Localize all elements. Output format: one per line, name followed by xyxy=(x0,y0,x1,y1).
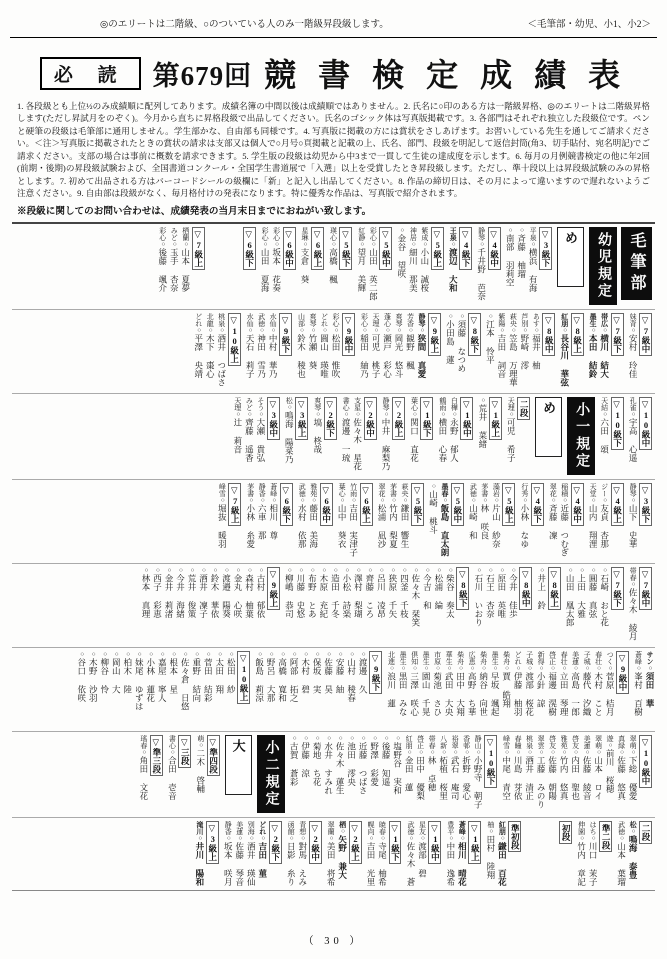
name-entry: ○南部 羽莉空 xyxy=(503,227,515,292)
promotion-mark: ○ xyxy=(538,749,545,756)
name-entry: 静琴○千井野 芭奈 xyxy=(474,227,486,301)
promotion-mark: ○ xyxy=(197,835,204,842)
student-name: 横川 結大 xyxy=(600,334,610,378)
style-name: 青想 xyxy=(299,821,307,835)
style-name: 蒼峰 xyxy=(635,651,643,665)
promotion-mark: ○ xyxy=(246,411,253,418)
student-name: 相川 晴花 xyxy=(457,842,467,886)
rank-label: ▽10級中 xyxy=(639,735,652,788)
name-group: 爽琴○塙 柊哉 xyxy=(310,397,322,454)
name-entry: ○柴谷 奏太 xyxy=(443,567,455,627)
name-group: ○今井 佳歩○原田 英唯○石王 杏奈○石川 いおり xyxy=(471,567,517,627)
student-name: 川口 茉子 xyxy=(588,842,598,886)
name-entry: 白樺○永野 郁人 xyxy=(447,397,459,462)
promotion-mark: ○ xyxy=(288,835,295,842)
style-name: 蒼峰 xyxy=(458,821,466,835)
name-entry: 紅朋○金田 蓮 xyxy=(402,735,414,809)
style-name: 柴舟 xyxy=(503,651,511,665)
style-name: 八新 xyxy=(440,735,448,749)
name-group: 稲積○近藤 つむぎ翠花○斉藤 凜 xyxy=(546,483,569,557)
student-name: 小林 なゆ xyxy=(520,504,530,548)
name-entry: 紫成○小山 誠桜 xyxy=(417,227,429,292)
promotion-mark: ○ xyxy=(291,651,298,658)
name-entry: 瑤春○角田 文花 xyxy=(136,735,148,800)
rank-label: ▽7級中 xyxy=(639,313,652,356)
promotion-mark: ○ xyxy=(270,327,277,334)
style-name: 彩心 xyxy=(159,227,167,241)
student-name: 須田 華 xyxy=(645,672,655,708)
rank-label: ▽7級上 xyxy=(228,483,241,526)
promotion-mark: ○ xyxy=(315,411,322,418)
name-entry: 美蓮○高島 一郎 xyxy=(568,651,580,716)
name-entry: ○飯島 莉涼 xyxy=(252,651,264,702)
promotion-mark: ○ xyxy=(332,567,339,574)
promotion-mark: ○ xyxy=(286,567,293,574)
style-name: 静香 xyxy=(224,821,232,835)
student-name: 酒井 つばさ xyxy=(217,334,227,387)
promotion-mark: ○ xyxy=(141,749,148,756)
rank-label: ▽7級下 xyxy=(611,313,624,356)
promotion-mark: ○ xyxy=(636,665,643,672)
name-group: 星琳○支倉 葵 xyxy=(298,227,310,284)
name-entry: ○西子 彩恵 xyxy=(150,567,162,618)
name-entry: ○江本 怜平 xyxy=(483,313,495,387)
name-entry: 香邨○折野 愛心 xyxy=(459,735,471,809)
name-entry: 竹雨○吉田 実津子 xyxy=(346,483,358,557)
student-name: 寺尾 柚希 xyxy=(378,842,388,886)
name-entry: 墨生○本田 結鈴 xyxy=(586,313,598,378)
student-name: 菅原 桔月 xyxy=(605,672,615,716)
style-name: 孔雀 xyxy=(629,397,637,411)
style-name: 稲積 xyxy=(561,483,569,497)
name-entry: みど○齊藤 遥香 xyxy=(242,397,254,462)
style-name: 墨生 xyxy=(422,651,430,665)
promotion-mark: ○ xyxy=(487,313,494,320)
promotion-mark: ○ xyxy=(303,735,310,742)
style-name: 帯春 xyxy=(428,735,436,749)
promotion-mark: ○ xyxy=(177,567,184,574)
style-name: 爽琴 xyxy=(309,313,317,327)
name-entry: ○佐々木 栞笑 xyxy=(408,567,420,627)
name-entry: ○佐々倉 日悠 xyxy=(178,651,190,711)
style-name: 翠蘭 xyxy=(327,821,335,835)
style-name: 美蓮 xyxy=(572,651,580,665)
student-name: 井上 鈴 xyxy=(537,574,547,610)
name-entry: 峰雪○中尾 青空 xyxy=(499,735,511,809)
style-name: 啓正 xyxy=(549,651,557,665)
name-group: 帯広○横川 結大墨生○本田 結鈴 xyxy=(586,313,609,378)
name-entry: 蒼峰○相川 尊 xyxy=(266,483,278,548)
name-group: 紅朋○鎌田 百花柚○田村 陸翔 xyxy=(483,821,506,886)
name-entry: ○菊地 ち花 xyxy=(310,735,322,809)
name-entry: ○小松 詩楽 xyxy=(339,567,351,627)
name-entry: 北進○浪川 蓮 xyxy=(384,651,396,716)
promotion-mark: ○ xyxy=(476,567,483,574)
name-entry: ○須藤 なつめ xyxy=(454,313,466,373)
style-name: 暁春 xyxy=(379,821,387,835)
name-entry: 静山○小野寺 朝子 xyxy=(471,735,483,809)
promotion-mark: ○ xyxy=(602,327,609,334)
name-entry: 彩心○稲田 紬乃 xyxy=(357,313,369,378)
style-name: 函館 xyxy=(287,821,295,835)
name-group: 王泉○渡辺 大和 xyxy=(446,227,458,292)
name-group: 紫成○小山 誠桜神居○細川 那美○金谷 望咲 xyxy=(394,227,429,292)
promotion-mark: ○ xyxy=(441,749,448,756)
promotion-mark: ○ xyxy=(370,241,377,248)
promotion-mark: ○ xyxy=(260,835,267,842)
name-entry: ○金井 莉渚 xyxy=(161,567,173,618)
promotion-mark: ○ xyxy=(406,749,413,756)
style-name: 峰雪 xyxy=(218,483,226,497)
promotion-mark: ○ xyxy=(326,651,333,658)
student-name: 支倉 葵 xyxy=(300,248,310,284)
promotion-mark: ○ xyxy=(647,665,654,672)
name-group: そう○大瀬 貴弘みど○齊藤 遥香天理○辻 莉音 xyxy=(230,397,265,462)
name-entry: 柴舟○田中 大翔 xyxy=(453,651,465,716)
name-group: 葉心○関口 直花 xyxy=(407,397,419,462)
style-name: 行秀 xyxy=(521,483,529,497)
promotion-mark: ○ xyxy=(482,497,489,504)
promotion-mark: ○ xyxy=(102,651,109,658)
page-title: 競 書 検 定 成 績 表 xyxy=(264,50,627,96)
name-entry: 栖○矢野 兼大 xyxy=(335,821,347,886)
promotion-mark: ○ xyxy=(355,567,362,574)
promotion-mark: ○ xyxy=(607,665,614,672)
promotion-mark: ○ xyxy=(630,497,637,504)
student-name: 友貞 杏那 xyxy=(600,504,610,548)
subject-box: め xyxy=(557,227,584,287)
style-name: 柴舟 xyxy=(457,651,465,665)
name-group: 水仙○中村 華乃武徳○神田 雪乃水仙○天石 莉子 xyxy=(243,313,278,378)
style-name: 倶知 xyxy=(411,651,419,665)
style-name: 蓬心 xyxy=(383,313,391,327)
name-entry: そう○大瀬 貴弘 xyxy=(253,397,265,462)
style-name: 新得 xyxy=(537,651,545,665)
student-name: 今井 佳歩 xyxy=(508,574,518,618)
promotion-mark: ○ xyxy=(430,483,437,490)
promotion-mark: ○ xyxy=(219,497,226,504)
style-name: 武徳 xyxy=(469,483,477,497)
name-group: 静琴○狭間 真愛芳香○観野 楓爽琴○岡光 悠斗蓬心○瀬戸 彩心天理○可児 桃子彩… xyxy=(357,313,426,378)
promotion-mark: ○ xyxy=(330,241,337,248)
style-name: 茅書 xyxy=(390,483,398,497)
style-name: 彩心 xyxy=(273,227,281,241)
name-entry: 鶴雨○横田 心春 xyxy=(435,397,447,462)
name-group: 墨春○飯島 直太朗○山崎 桃斗 xyxy=(426,483,449,557)
promotion-mark: ○ xyxy=(291,735,298,742)
promotion-mark: ○ xyxy=(360,651,367,658)
rank-label: ▽1級上 xyxy=(468,821,481,864)
promotion-mark: ○ xyxy=(268,651,275,658)
promotion-mark: ○ xyxy=(248,835,255,842)
style-name: 支星 xyxy=(354,397,362,411)
name-entry: ○高橋 寛和 xyxy=(275,651,287,702)
style-name: 静山 xyxy=(474,735,482,749)
name-entry: 茅書○竹内 梨夏 xyxy=(386,483,398,548)
style-name: 翠花 xyxy=(549,483,557,497)
promotion-mark: ○ xyxy=(419,327,426,334)
name-entry: ○山村 稜春 xyxy=(344,651,356,702)
name-group: サン○須田 華蒼峰○峯村 百樹 xyxy=(631,651,654,716)
promotion-mark: ○ xyxy=(396,327,403,334)
name-group: 藻岩○片山 紗奈茅書○林 咲良武徳○山崎 和 xyxy=(466,483,501,548)
name-entry: 芳香○観野 楓 xyxy=(403,313,415,378)
promotion-mark: ○ xyxy=(302,241,309,248)
promotion-mark: ○ xyxy=(247,327,254,334)
promotion-mark: ○ xyxy=(607,742,614,749)
promotion-mark: ○ xyxy=(550,497,557,504)
style-name: 広恵 xyxy=(468,651,476,665)
promotion-mark: ○ xyxy=(351,497,358,504)
promotion-mark: ○ xyxy=(562,497,569,504)
name-entry: 柴舟○納谷 向世 xyxy=(476,651,488,716)
style-name: 山部 xyxy=(298,313,306,327)
promotion-mark: ○ xyxy=(367,567,374,574)
student-name: 荒井 菜緒 xyxy=(478,404,488,448)
promotion-mark: ○ xyxy=(198,742,205,749)
promotion-mark: ○ xyxy=(314,651,321,658)
style-name: 萩央 xyxy=(509,313,517,327)
promotion-mark: ○ xyxy=(550,749,557,756)
promotion-mark: ○ xyxy=(171,651,178,658)
promotion-mark: ○ xyxy=(257,651,264,658)
name-entry: ○柳嶋 恭司 xyxy=(282,567,294,627)
style-name: 水仙 xyxy=(246,313,254,327)
student-name: 山田 英二郎 xyxy=(368,248,378,301)
rank-label: ▽6級中 xyxy=(320,483,333,526)
style-name: 爽琴 xyxy=(314,397,322,411)
rank-label: ▽8級下 xyxy=(456,567,469,610)
student-name: 吉田 菫 xyxy=(258,842,268,878)
name-entry: ○鈴木 華依 xyxy=(207,567,219,618)
promotion-mark: ○ xyxy=(258,411,265,418)
name-entry: 茅書○林 咲良 xyxy=(477,483,489,548)
name-group: 天結○六田 頌 xyxy=(597,397,609,454)
style-name: 水仙 xyxy=(269,313,277,327)
name-entry: 紫陽○吉田 詞音 xyxy=(494,313,506,387)
name-entry: 平泉○横浜 有海 xyxy=(526,227,538,292)
student-name: 坂本 花奏 xyxy=(272,248,282,292)
style-name: 武徳 xyxy=(258,313,266,327)
promotion-mark: ○ xyxy=(143,567,150,574)
name-entry: ○荒井 俊策 xyxy=(184,567,196,618)
name-entry: 行秀○小林 なゆ xyxy=(517,483,529,548)
promotion-mark: ○ xyxy=(333,327,340,334)
style-name: 紅静 xyxy=(358,227,366,241)
style-name: 松 xyxy=(285,397,293,404)
name-entry: 青想○對馬 えみ xyxy=(295,821,307,886)
style-name: 天結 xyxy=(601,397,609,411)
style-name: はち xyxy=(589,821,597,835)
promotion-mark: ○ xyxy=(235,567,242,574)
rank-label: ▽6級中 xyxy=(283,227,296,270)
name-entry: 水仙○中村 華乃 xyxy=(266,313,278,378)
name-group: 峰雪○堀抜 暖羽 xyxy=(215,483,227,548)
subject-box: 大 xyxy=(225,735,252,795)
rank-label: 準二段 xyxy=(599,821,612,853)
rank-label: ▽10級中 xyxy=(639,397,652,450)
name-entry: 爽琴○岡光 悠斗 xyxy=(391,313,403,378)
student-name: 安村 玲佳 xyxy=(628,334,638,378)
top-notice: ◎のエリートは二階級、○のついている人のみ一階級昇段級します。 ＜毛筆部・幼児、… xyxy=(0,0,667,35)
style-name: 市原 xyxy=(434,651,442,665)
student-name: 近藤 つむぎ xyxy=(560,504,570,557)
promotion-mark: ○ xyxy=(448,835,455,842)
name-entry: 美蓮○佐藤 琴音 xyxy=(232,821,244,886)
name-group: 帯春○佐々木 綾月 xyxy=(626,567,638,641)
rank-label: ▽8級上 xyxy=(571,313,584,356)
promotion-mark: ○ xyxy=(510,327,517,334)
name-entry: 別海○酒井 瑛仙 xyxy=(244,821,256,886)
student-name: 渡部 碧 xyxy=(417,842,427,878)
rank-label: ▽9級上 xyxy=(428,313,441,356)
promotion-mark: ○ xyxy=(447,313,454,320)
name-group: ○古村 郁依○森村 柚葉○金丸 心咲○渡邉 陽葵○鈴木 華依○酒井 凜子○荒井 … xyxy=(138,567,265,618)
rank-label: ▽1級中 xyxy=(460,397,473,440)
promotion-mark: ○ xyxy=(148,651,155,658)
style-name: 瑤春 xyxy=(140,735,148,749)
promotion-mark: ○ xyxy=(561,749,568,756)
promotion-mark: ○ xyxy=(79,651,86,658)
name-entry: 星友○渡部 碧 xyxy=(415,821,427,886)
student-name: 飯島 直太朗 xyxy=(440,504,450,557)
name-group: 瑤春○角田 文花 xyxy=(136,735,148,800)
name-entry: 彩心○後藤 颯介 xyxy=(155,227,167,292)
student-name: 柴谷 奏太 xyxy=(445,574,455,618)
name-entry: ○妹尾 ゆずは xyxy=(132,651,144,711)
rank-label: ▽7級中 xyxy=(639,567,652,610)
rank-label: ▽準三段 xyxy=(150,735,163,777)
rank-label: ▽4級下 xyxy=(459,227,472,270)
name-entry: ○柏木 陸 xyxy=(120,651,132,711)
style-name: 春壮 xyxy=(595,651,603,665)
subject-box: め xyxy=(535,397,562,457)
name-group: 行秀○小林 なゆ xyxy=(517,483,529,548)
student-name: 山下 史華 xyxy=(628,504,638,548)
style-name: 天理 xyxy=(507,397,515,411)
promotion-mark: ○ xyxy=(196,327,203,334)
style-name: 静琴 xyxy=(629,483,637,497)
promotion-mark: ○ xyxy=(596,749,603,756)
promotion-mark: ○ xyxy=(159,651,166,658)
promotion-mark: ○ xyxy=(299,497,306,504)
promotion-mark: ○ xyxy=(590,567,597,574)
style-name: 紫成 xyxy=(421,227,429,241)
promotion-mark: ○ xyxy=(440,411,447,418)
name-group: ○荒井 菜緒 xyxy=(475,397,487,448)
empty-slot xyxy=(523,821,557,831)
promotion-mark: ○ xyxy=(408,835,415,842)
promotion-mark: ○ xyxy=(212,567,219,574)
promotion-mark: ○ xyxy=(424,567,431,574)
promotion-mark: ○ xyxy=(464,749,471,756)
style-name: 雅苑 xyxy=(560,735,568,749)
page: ◎のエリートは二階級、○のついている人のみ一階級昇段級します。 ＜毛筆部・幼児、… xyxy=(0,0,667,959)
style-name: 香邨 xyxy=(463,735,471,749)
rank-label: ▽1級上 xyxy=(489,397,502,440)
name-entry: 蒼峰○相川 晴花 xyxy=(455,821,467,886)
style-name: 彩心 xyxy=(261,227,269,241)
student-name: 横浜 有海 xyxy=(528,248,538,292)
promotion-mark: ○ xyxy=(452,749,459,756)
style-name: 紅朋 xyxy=(405,735,413,749)
name-group: 平泉○横浜 有海○斉藤 柚瑠○南部 羽莉空 xyxy=(503,227,538,292)
name-entry: ○池田 澪央 xyxy=(344,735,356,809)
style-name: 栖蘭 xyxy=(182,227,190,241)
name-entry: 天理○辻 莉音 xyxy=(230,397,242,462)
promotion-mark: ○ xyxy=(539,567,546,574)
style-name: 静琴 xyxy=(478,227,486,241)
promotion-mark: ○ xyxy=(340,828,347,835)
name-entry: 北龍○木下 棗心 xyxy=(203,313,215,387)
name-entry: 墨春○飯島 直太朗 xyxy=(437,483,449,557)
style-name: 松 xyxy=(629,821,637,828)
page-number: （ 30 ） xyxy=(0,933,667,948)
promotion-mark: ○ xyxy=(459,835,466,842)
rank-label: ▽準四段 xyxy=(207,735,220,777)
style-name: 啓友 xyxy=(572,735,580,749)
name-entry: ○岡山 大 xyxy=(109,651,121,711)
promotion-mark: ○ xyxy=(596,665,603,672)
promotion-mark: ○ xyxy=(171,241,178,248)
promotion-mark: ○ xyxy=(423,665,430,672)
name-entry: 蓬心○瀬戸 彩心 xyxy=(380,313,392,378)
promotion-mark: ○ xyxy=(481,665,488,672)
name-group: 書心○合田 壱音 xyxy=(165,735,177,800)
name-entry: 静琴○狭間 真愛 xyxy=(414,313,426,378)
name-entry: 翠雲○工藤 みのり xyxy=(534,735,546,809)
section-header: 小一規定 xyxy=(567,397,595,475)
style-name: 天堂 xyxy=(589,483,597,497)
name-group: 青想○對馬 えみ函館○日影 糸り xyxy=(284,821,307,886)
promotion-mark: ○ xyxy=(590,327,597,334)
name-entry: 静香○坂本 咲月 xyxy=(221,821,233,886)
rank-label: ▽1級下 xyxy=(389,821,402,864)
name-group: 松○鳴海 陽菜乃 xyxy=(282,397,294,464)
promotion-mark: ○ xyxy=(480,397,487,404)
top-notice-right: ＜毛筆部・幼児、小1、小2＞ xyxy=(527,16,651,30)
promotion-mark: ○ xyxy=(344,567,351,574)
promotion-mark: ○ xyxy=(125,651,132,658)
promotion-mark: ○ xyxy=(217,651,224,658)
student-name: 狭間 真愛 xyxy=(417,334,427,378)
promotion-mark: ○ xyxy=(479,241,486,248)
name-entry: 春壮○木村 こと xyxy=(591,651,603,716)
name-entry: 春瞳○川島 芽依 xyxy=(511,735,523,809)
student-name: 石崎 おと花 xyxy=(600,574,610,627)
promotion-mark: ○ xyxy=(205,651,212,658)
promotion-mark: ○ xyxy=(429,749,436,756)
style-name: どれ xyxy=(321,313,329,327)
promotion-mark: ○ xyxy=(407,327,414,334)
name-entry: ○造田 千冬 xyxy=(328,567,340,627)
student-name: 中村 華乃 xyxy=(268,334,278,378)
student-name: 井川 陽和 xyxy=(195,842,205,886)
name-entry: 子城○藤代 汐織 xyxy=(580,651,592,716)
promotion-mark: ○ xyxy=(373,327,380,334)
name-group: ○須藤 なつめ○小田島 蓮 xyxy=(443,313,466,373)
student-name: 千井野 芭奈 xyxy=(477,248,487,301)
style-name: 静琴 xyxy=(382,397,390,411)
style-name: 翠雲 xyxy=(537,735,545,749)
name-entry: ○石崎 おと花 xyxy=(597,567,609,627)
name-entry: 爽琴○竹瀬 葵 xyxy=(306,313,318,378)
promotion-mark: ○ xyxy=(235,411,242,418)
promotion-mark: ○ xyxy=(259,497,266,504)
name-entry: ○佐々木 蓮生 xyxy=(333,735,345,809)
style-name: 滝川 xyxy=(196,821,204,835)
name-entry: どれ○平澤 央靖 xyxy=(191,313,203,387)
